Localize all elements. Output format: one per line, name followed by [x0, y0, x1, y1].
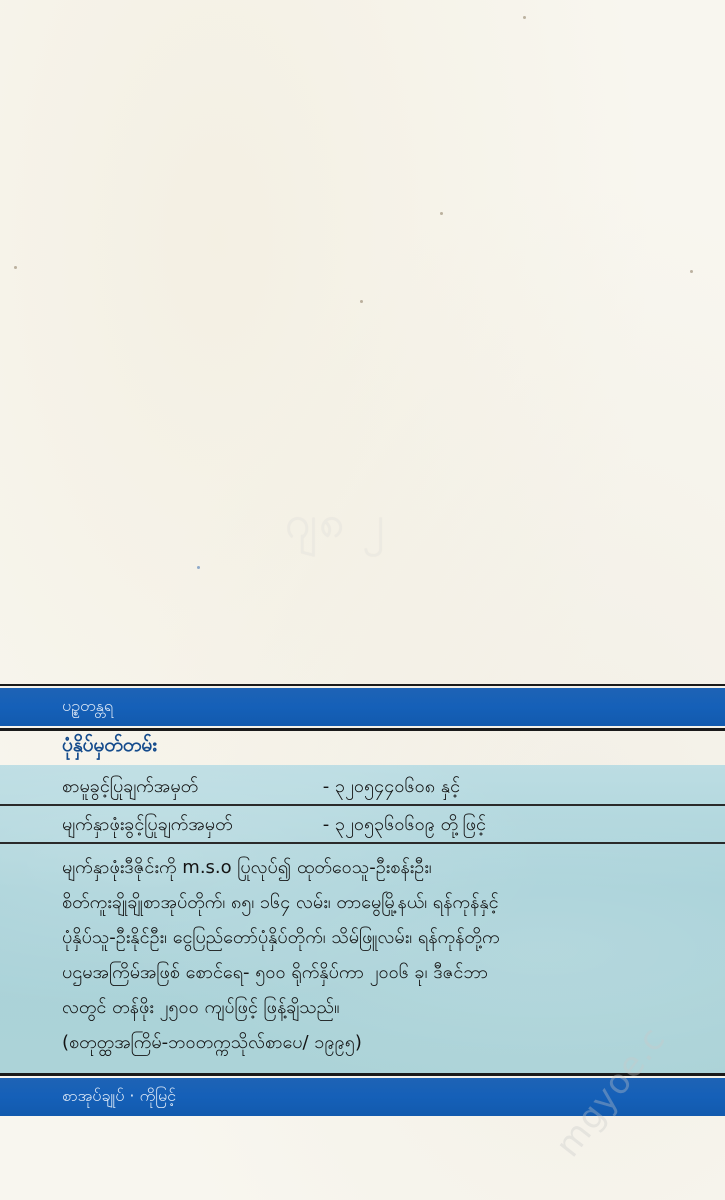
- paper-speck: [690, 270, 693, 273]
- paragraph-line: (စတုတ္ထအကြိမ်-ဘဝတက္ကသိုလ်စာပေ/ ၁၉၉၅): [62, 1025, 702, 1060]
- permit-value: - ၃၂၀၅၄၄၀၆၀၈ နှင့်: [323, 776, 460, 797]
- row-divider: [0, 842, 725, 844]
- paper-speck: [523, 16, 526, 19]
- paragraph-line: မျက်နှာဖုံးဒီဇိုင်းကို m.s.o ပြုလုပ်၍ ထု…: [62, 850, 702, 885]
- bottom-band-label: စာအုပ်ချုပ် · ကိုမြင့်: [62, 1085, 176, 1109]
- top-band-label: ပဥ္စတန္တရ: [62, 695, 113, 719]
- imprint-paragraph: မျက်နှာဖုံးဒီဇိုင်းကို m.s.o ပြုလုပ်၍ ထု…: [62, 850, 702, 1060]
- paper-speck: [14, 266, 17, 269]
- imprint-heading: ပုံနှိပ်မှတ်တမ်း: [62, 733, 157, 761]
- permit-row-manuscript: စာမူခွင့်ပြုချက်အမှတ် - ၃၂၀၅၄၄၀၆၀၈ နှင့်: [62, 774, 460, 801]
- paragraph-line: ပဌမအကြိမ်အဖြစ် စောင်ရေ- ၅၀၀ ရိုက်နှိပ်ကာ…: [62, 955, 702, 990]
- paper-speck: [440, 212, 443, 215]
- paper-speck: [197, 566, 200, 569]
- permit-label: မျက်နှာဖုံးခွင့်ပြုချက်အမှတ်: [62, 812, 317, 839]
- paragraph-line: လတွင် တန်ဖိုး ၂၅၀၀ ကျပ်ဖြင့် ဖြန့်ချိသည်…: [62, 990, 702, 1025]
- faint-embossed-text: ဂျ၈ ၂: [285, 495, 386, 559]
- top-band: ပဥ္စတန္တရ: [0, 688, 725, 726]
- permit-label: စာမူခွင့်ပြုချက်အမှတ်: [62, 774, 317, 801]
- permit-row-cover: မျက်နှာဖုံးခွင့်ပြုချက်အမှတ် - ၃၂၀၅၃၆၀၆၀…: [62, 812, 486, 839]
- top-band-upper-rule: [0, 684, 725, 686]
- paragraph-line: စိတ်ကူးချိုချိုစာအုပ်တိုက်၊ ၈၅၊ ၁၆၄ လမ်း…: [62, 885, 702, 920]
- paragraph-line: ပုံနှိပ်သူ-ဦးနိုင်ဦး၊ ငွေပြည်တော်ပုံနှိပ…: [62, 920, 702, 955]
- paper-speck: [360, 300, 363, 303]
- row-divider: [0, 804, 725, 806]
- permit-value: - ၃၂၀၅၃၆၀၆၀၉ တို့ဖြင့်: [323, 814, 486, 835]
- top-band-lower-rule: [0, 728, 725, 731]
